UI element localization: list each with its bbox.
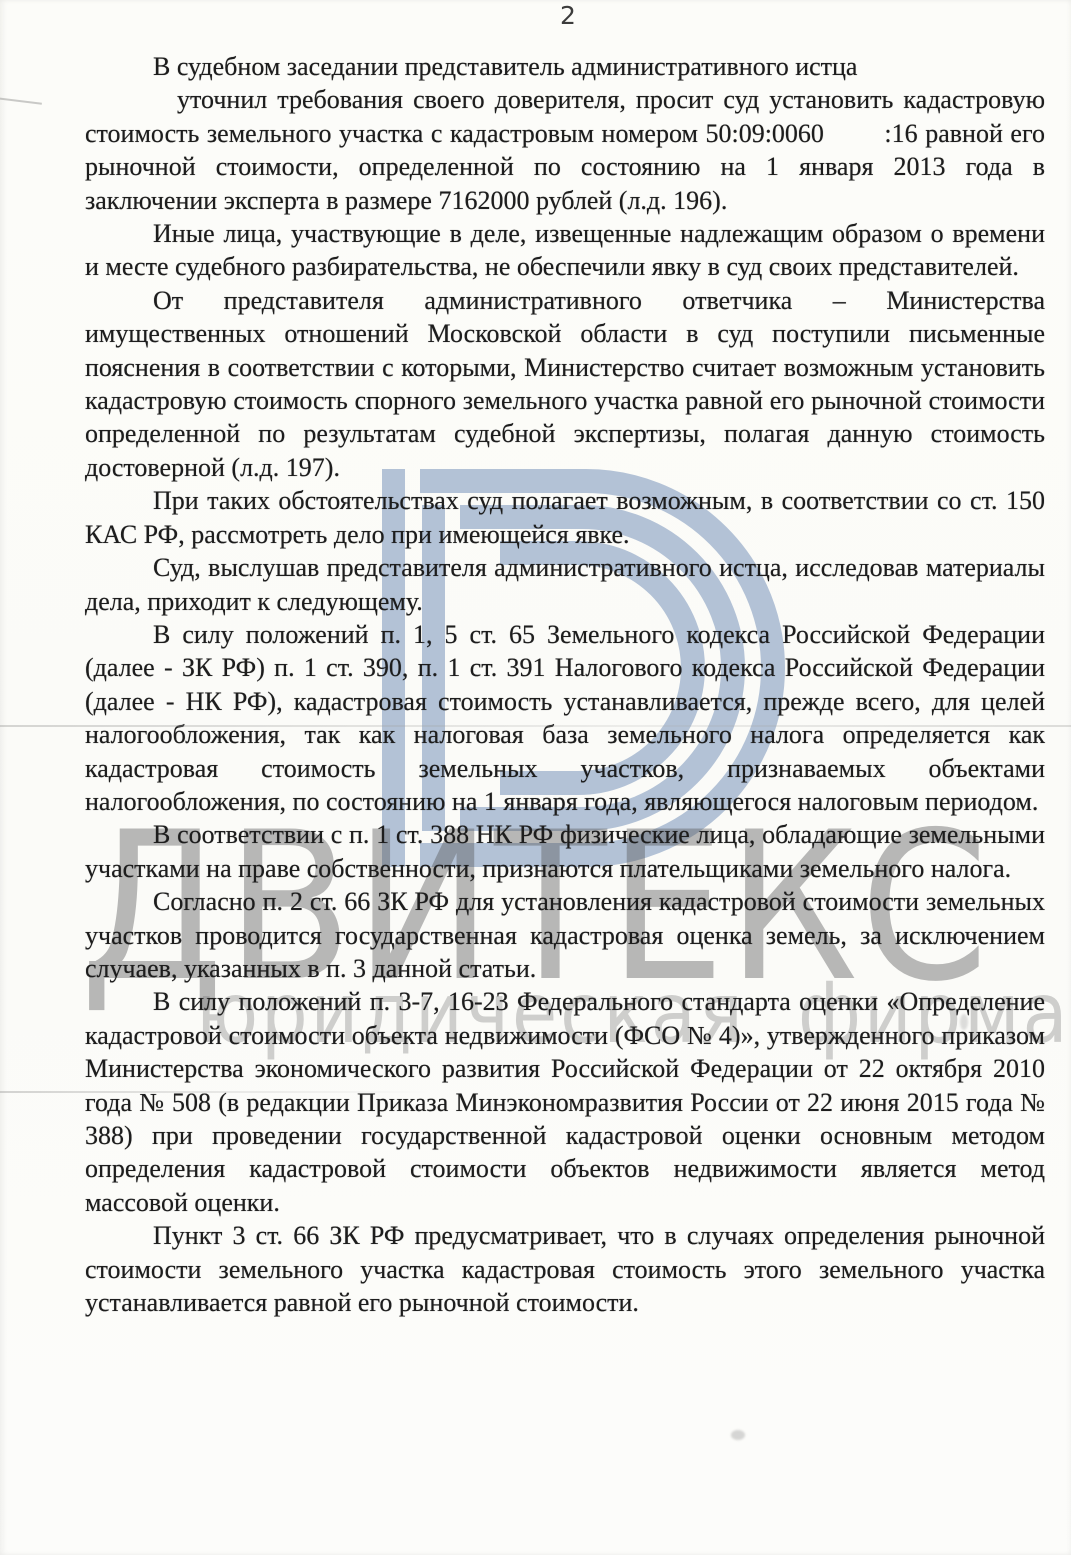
scan-speck [731,1430,745,1440]
paragraph-zk-66-p2: Согласно п. 2 ст. 66 ЗК РФ для установле… [85,885,1045,985]
paragraph-zk-65: В силу положений п. 1, 5 ст. 65 Земельно… [85,618,1045,818]
scanned-court-document-page: 2 ДВИТЕКС юридическая фирма В судебном з… [0,0,1071,1555]
paragraph-court-conclusion-intro: Суд, выслушав представителя администрати… [85,551,1045,618]
paragraph-claim: уточнил требования своего доверителя, пр… [85,83,1045,217]
body-text: В судебном заседании представитель админ… [85,50,1045,1319]
paragraph-intro-line: В судебном заседании представитель админ… [85,50,1045,83]
paragraph-respondent-position: От представителя административного ответ… [85,284,1045,484]
scan-fold-mark [0,97,42,105]
paragraph-nk-388: В соответствии с п. 1 ст. 388 НК РФ физи… [85,818,1045,885]
paragraph-kas-150: При таких обстоятельствах суд полагает в… [85,484,1045,551]
page-number: 2 [560,1,576,30]
paragraph-other-persons: Иные лица, участвующие в деле, извещенны… [85,217,1045,284]
paragraph-zk-66-p3: Пункт 3 ст. 66 ЗК РФ предусматривает, чт… [85,1219,1045,1319]
paragraph-fso-4: В силу положений п. 3-7, 16-23 Федеральн… [85,985,1045,1219]
